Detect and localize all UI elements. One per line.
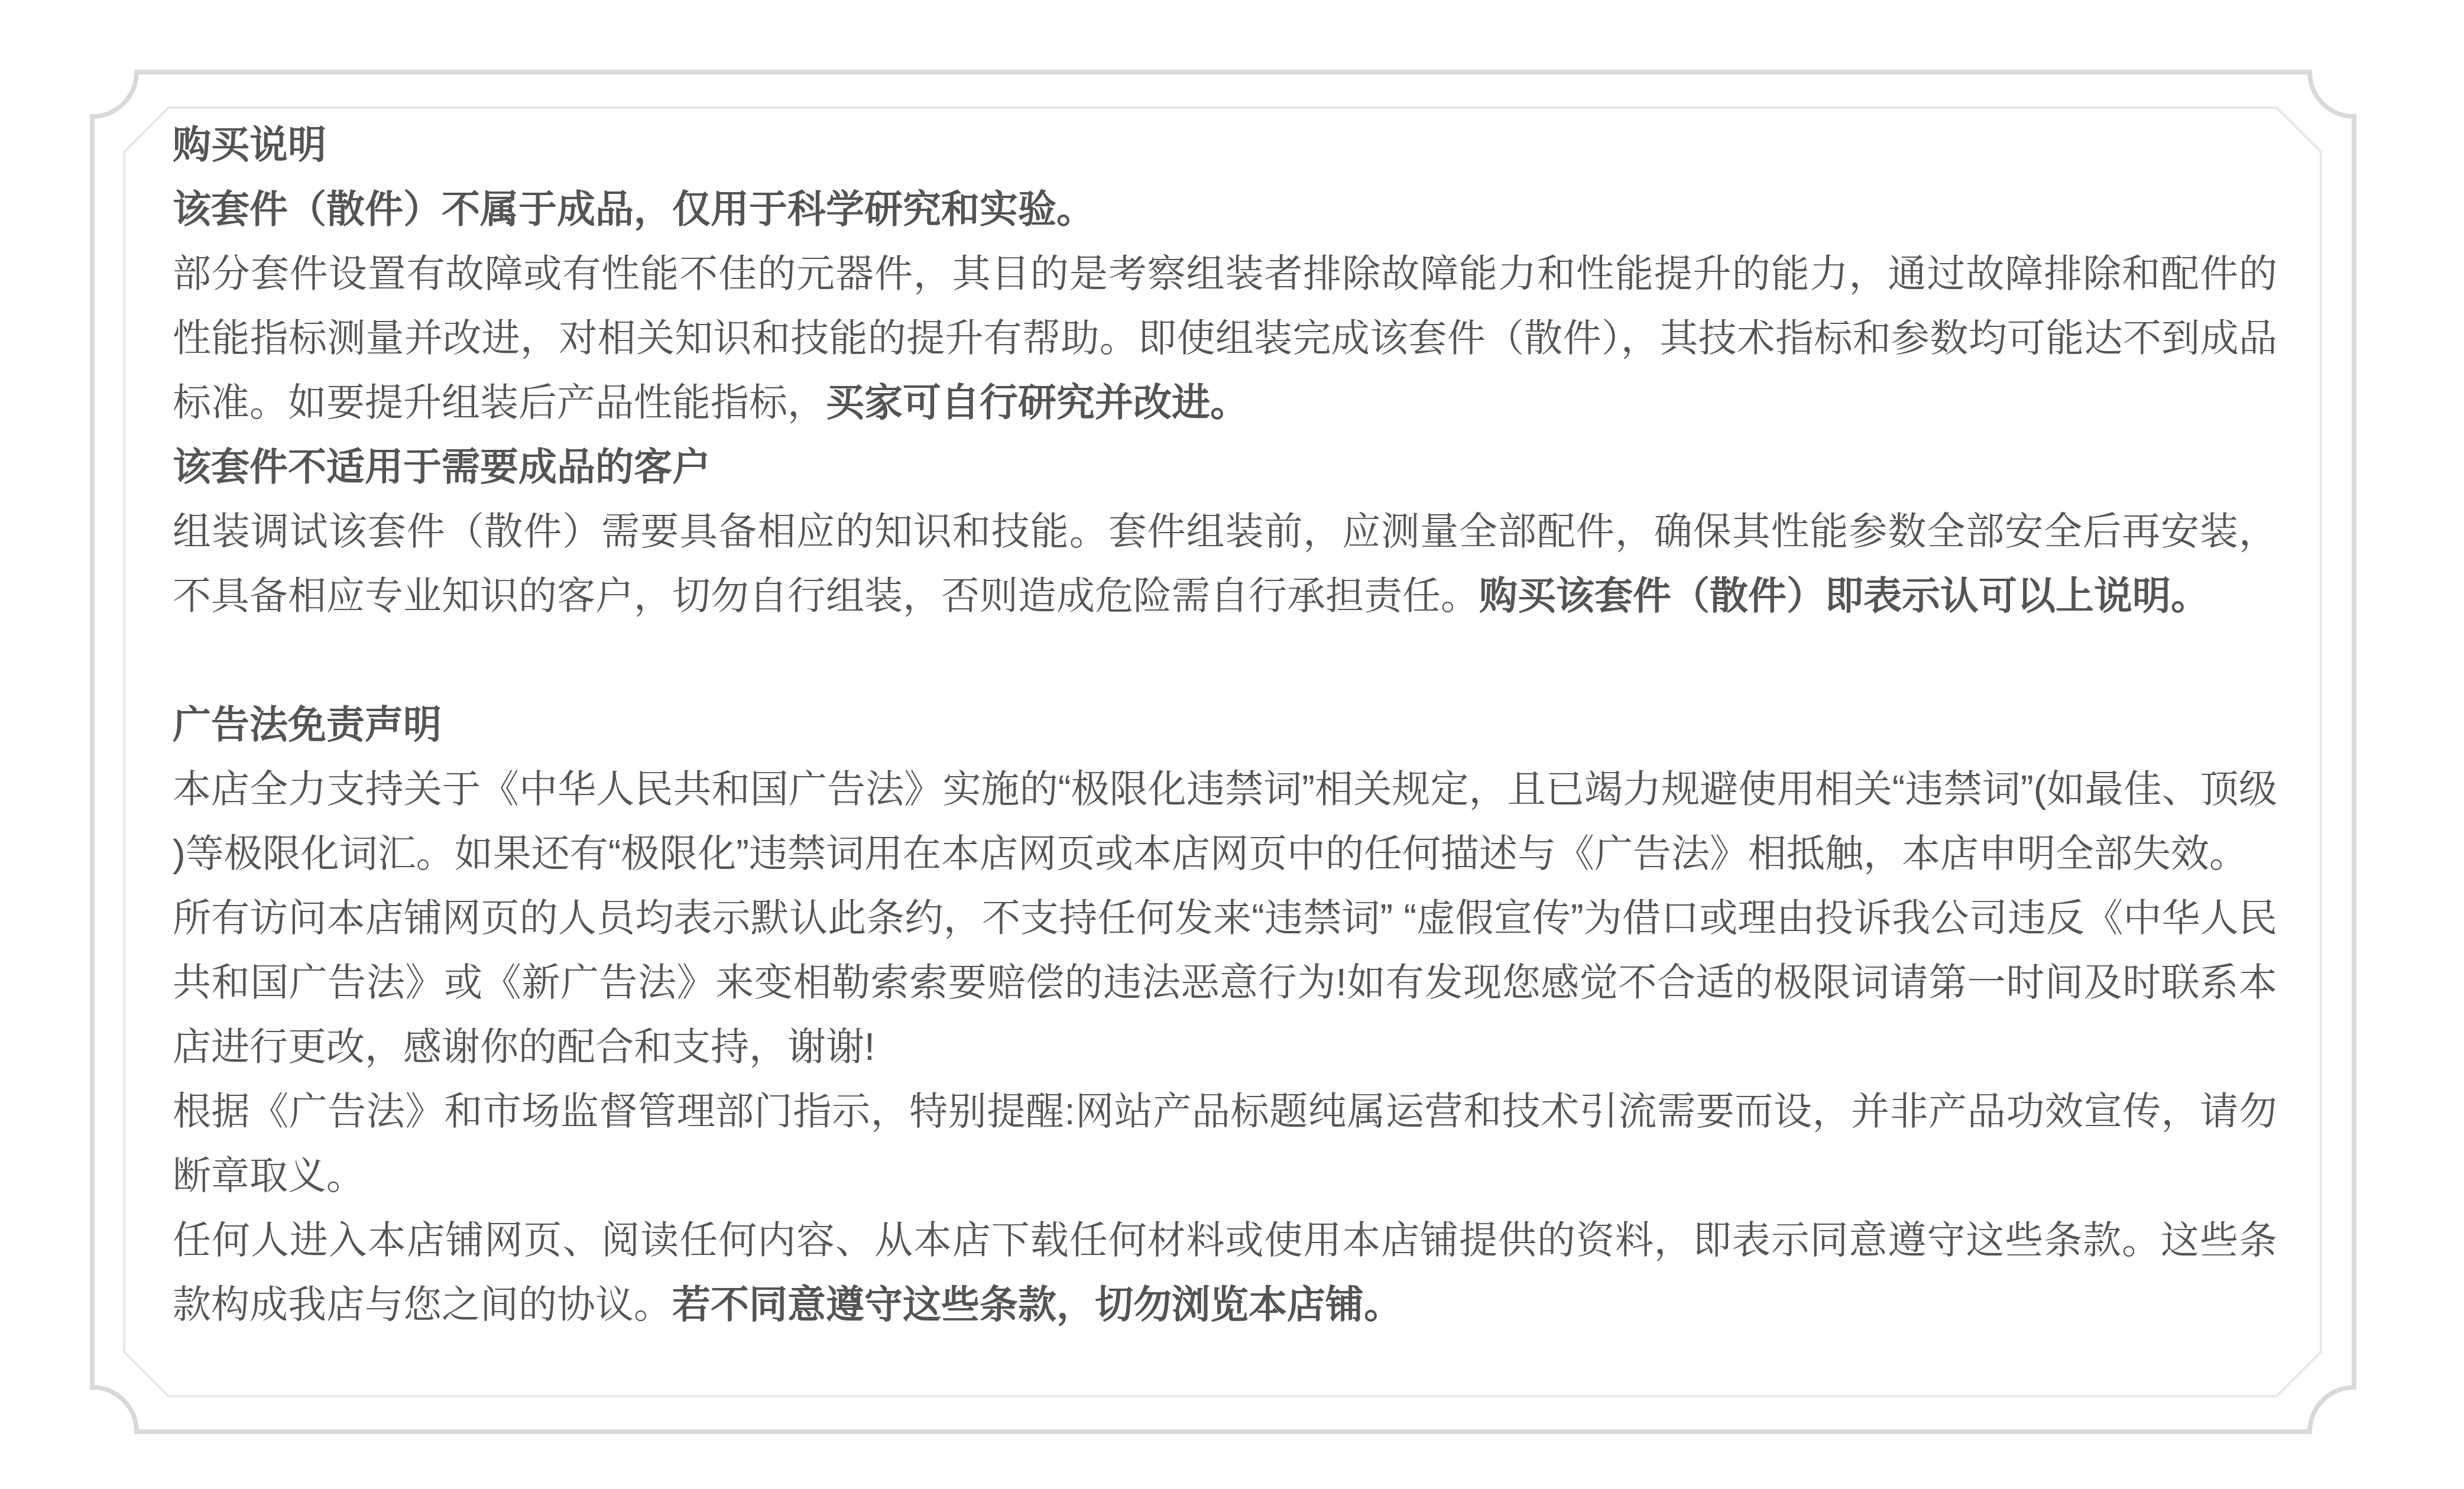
section-purchase-instructions: 购买说明 该套件（散件）不属于成品，仅用于科学研究和实验。 部分套件设置有故障或… bbox=[173, 112, 2277, 628]
purchase-instructions-heading: 购买说明 bbox=[173, 112, 2277, 177]
notice-content: 购买说明 该套件（散件）不属于成品，仅用于科学研究和实验。 部分套件设置有故障或… bbox=[173, 112, 2277, 1336]
paragraph: 本店全力支持关于《中华人民共和国广告法》实施的“极限化违禁词”相关规定，且已竭力… bbox=[173, 757, 2277, 885]
paragraph: 所有访问本店铺网页的人员均表示默认此条约，不支持任何发来“违禁词” “虚假宣传”… bbox=[173, 885, 2277, 1079]
paragraph: 该套件不适用于需要成品的客户 bbox=[173, 434, 2277, 499]
paragraph: 部分套件设置有故障或有性能不佳的元器件，其目的是考察组装者排除故障能力和性能提升… bbox=[173, 241, 2277, 434]
paragraph: 根据《广告法》和市场监督管理部门指示，特别提醒:网站产品标题纯属运营和技术引流需… bbox=[173, 1079, 2277, 1208]
text-run: 本店全力支持关于《中华人民共和国广告法》实施的“极限化违禁词”相关规定，且已竭力… bbox=[173, 767, 2277, 875]
text-run: 该套件不适用于需要成品的客户 bbox=[173, 445, 711, 488]
text-run: 买家可自行研究并改进。 bbox=[826, 381, 1249, 424]
text-run: 购买该套件（散件）即表示认可以上说明。 bbox=[1479, 574, 2209, 617]
text-run: 若不同意遵守这些条款，切勿浏览本店铺。 bbox=[672, 1283, 1402, 1326]
paragraph: 组装调试该套件（散件）需要具备相应的知识和技能。套件组装前，应测量全部配件，确保… bbox=[173, 499, 2277, 628]
ad-law-disclaimer-heading: 广告法免责声明 bbox=[173, 692, 2277, 757]
text-run: 所有访问本店铺网页的人员均表示默认此条约，不支持任何发来“违禁词” “虚假宣传”… bbox=[173, 896, 2277, 1068]
section-ad-law-disclaimer: 广告法免责声明 本店全力支持关于《中华人民共和国广告法》实施的“极限化违禁词”相… bbox=[173, 692, 2277, 1336]
paragraph: 该套件（散件）不属于成品，仅用于科学研究和实验。 bbox=[173, 177, 2277, 241]
text-run: 根据《广告法》和市场监督管理部门指示，特别提醒:网站产品标题纯属运营和技术引流需… bbox=[173, 1089, 2277, 1197]
paragraph: 任何人进入本店铺网页、阅读任何内容、从本店下载任何材料或使用本店铺提供的资料，即… bbox=[173, 1208, 2277, 1336]
purchase-notice-page: 购买说明 该套件（散件）不属于成品，仅用于科学研究和实验。 部分套件设置有故障或… bbox=[0, 0, 2464, 1489]
text-run: 该套件（散件）不属于成品，仅用于科学研究和实验。 bbox=[173, 187, 1095, 231]
